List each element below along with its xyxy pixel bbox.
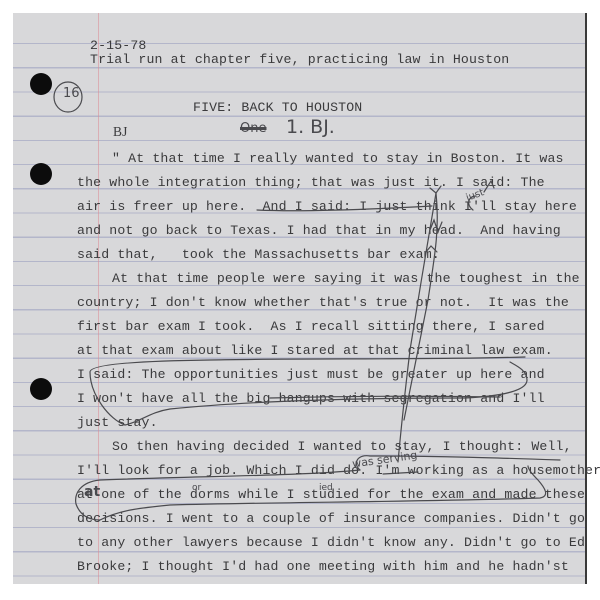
body-line: and not go back to Texas. I had that in … xyxy=(77,224,561,237)
body-line: I said: The opportunities just must be g… xyxy=(77,368,545,381)
body-line: I won't have all the big hangups with se… xyxy=(77,392,545,405)
crossed-out-word: One xyxy=(240,121,266,136)
body-line: to any other lawyers because I didn't kn… xyxy=(77,536,585,549)
body-line: So then having decided I wanted to stay,… xyxy=(112,440,572,453)
header-date: 2-15-78 xyxy=(90,39,146,52)
binder-hole xyxy=(30,378,52,400)
body-line: I'll look for a job. Which I did do. I'm… xyxy=(77,464,600,477)
chapter-title: FIVE: BACK TO HOUSTON xyxy=(193,101,362,114)
binder-hole xyxy=(30,73,52,95)
body-line: just stay. xyxy=(77,416,158,429)
body-line: At that time people were saying it was t… xyxy=(112,272,580,285)
handwritten-or: or xyxy=(192,483,201,493)
binder-hole xyxy=(30,163,52,185)
body-line: country; I don't know whether that's tru… xyxy=(77,296,569,309)
speaker-annotation-handwritten: 1. BJ. xyxy=(286,116,335,138)
header-subtitle: Trial run at chapter five, practicing la… xyxy=(90,53,509,66)
handwritten-ied: ied xyxy=(319,483,333,493)
body-line: Brooke; I thought I'd had one meeting wi… xyxy=(77,560,569,573)
body-line: the whole integration thing; that was ju… xyxy=(77,176,545,189)
body-line: first bar exam I took. As I recall sitti… xyxy=(77,320,545,333)
body-line: at that exam about like I stared at that… xyxy=(77,344,553,357)
body-line: " At that time I really wanted to stay i… xyxy=(112,152,564,165)
body-line: said that, took the Massachusetts bar ex… xyxy=(77,248,440,261)
page-number-handwritten: 16 xyxy=(63,86,80,101)
body-line: decisions. I went to a couple of insuran… xyxy=(77,512,585,525)
handwritten-at: at xyxy=(84,484,100,500)
speaker-label: BJ xyxy=(113,125,128,139)
body-line: air is freer up here. And I said: I just… xyxy=(77,200,577,213)
